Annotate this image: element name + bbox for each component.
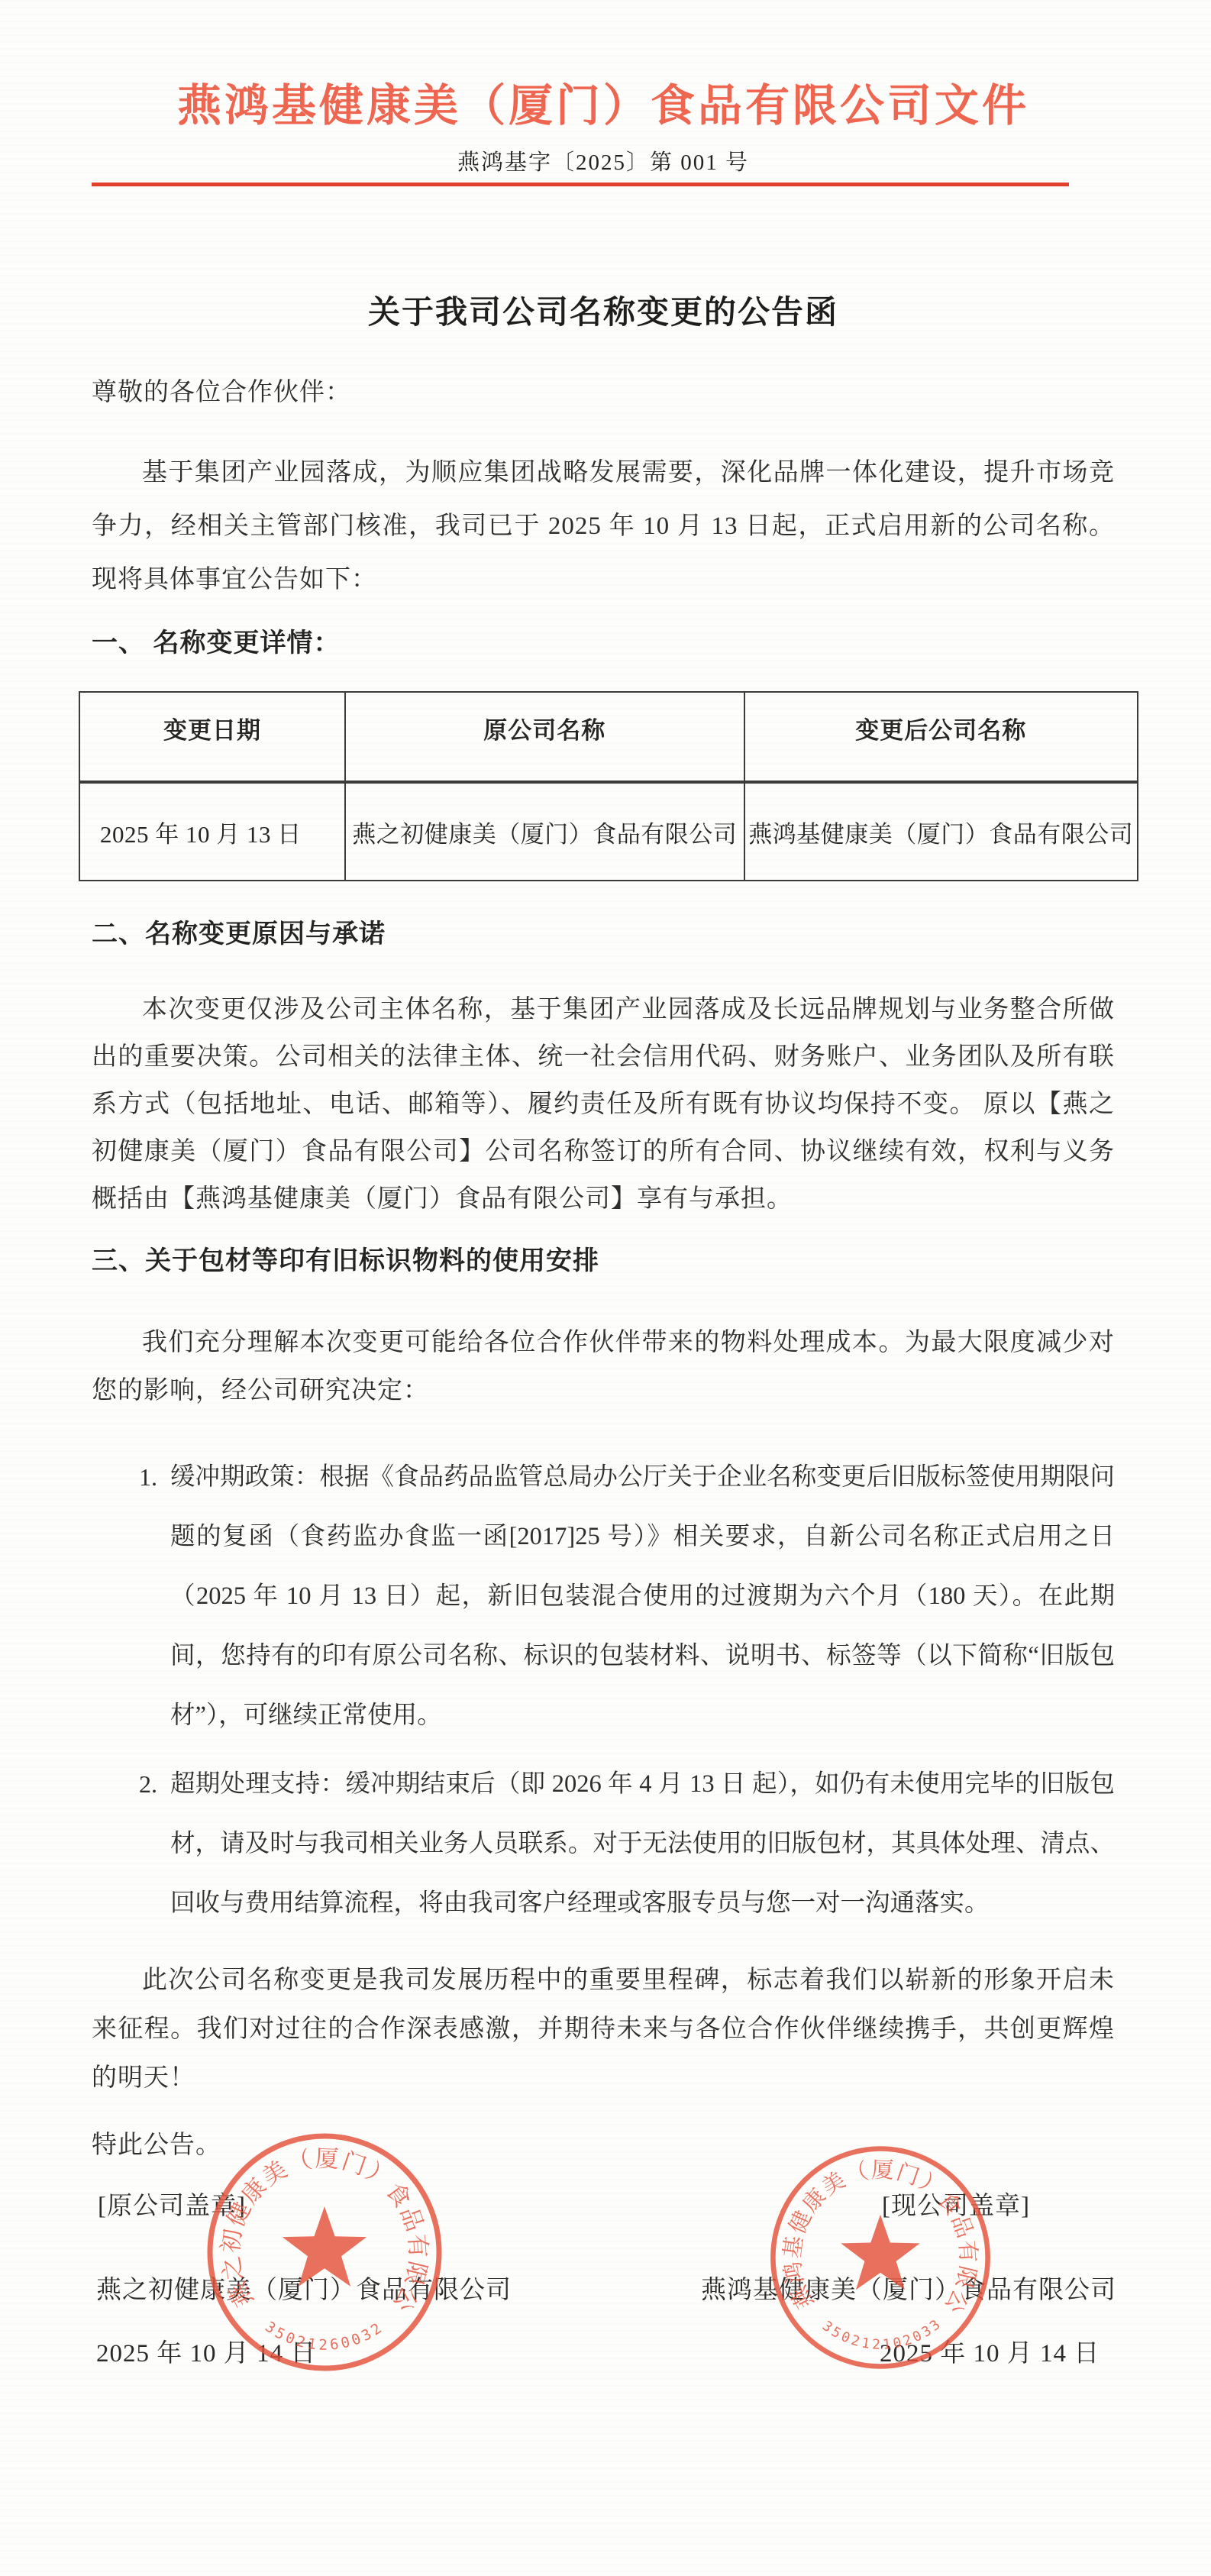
document-page: 燕鸿基健康美（厦门）食品有限公司文件 燕鸿基字〔2025〕第 001 号 关于我… — [0, 0, 1211, 2576]
letterhead: 燕鸿基健康美（厦门）食品有限公司文件 燕鸿基字〔2025〕第 001 号 — [92, 79, 1115, 186]
table-header-change-date: 变更日期 — [79, 692, 345, 782]
document-title: 关于我司公司名称变更的公告函 — [92, 293, 1115, 331]
list-item: 2. 超期处理支持：缓冲期结束后（即 2026 年 4 月 13 日 起），如仍… — [139, 1754, 1115, 1933]
table-row: 2025 年 10 月 13 日 燕之初健康美（厦门）食品有限公司 燕鸿基健康美… — [79, 782, 1138, 881]
salutation: 尊敬的各位合作伙伴： — [92, 377, 1115, 408]
letterhead-company-title: 燕鸿基健康美（厦门）食品有限公司文件 — [92, 79, 1115, 133]
section3-intro-paragraph: 我们充分理解本次变更可能给各位合作伙伴带来的物料处理成本。为最大限度减少对您的影… — [92, 1319, 1115, 1415]
intro-paragraph: 基于集团产业园落成，为顺应集团战略发展需要，深化品牌一体化建设，提升市场竞争力，… — [92, 446, 1115, 606]
table-header-new-name: 变更后公司名称 — [744, 692, 1138, 782]
new-company-sign-date: 2025 年 10 月 14 日 — [880, 2333, 1100, 2369]
list-item-number: 1. — [139, 1447, 170, 1745]
table-header-row: 变更日期 原公司名称 变更后公司名称 — [79, 692, 1138, 782]
list-item-number: 2. — [139, 1754, 170, 1933]
old-company-sign-date: 2025 年 10 月 14 日 — [96, 2333, 316, 2369]
signature-area: [原公司盖章] [现公司盖章] 燕之初健康美（厦门）食品有限公司 燕鸿基健康美（… — [92, 2138, 1115, 2566]
cell-new-company-name: 燕鸿基健康美（厦门）食品有限公司 — [744, 782, 1138, 881]
table-header-old-name: 原公司名称 — [345, 692, 744, 782]
old-company-name: 燕之初健康美（厦门）食品有限公司 — [96, 2270, 512, 2306]
list-item-text: 超期处理支持：缓冲期结束后（即 2026 年 4 月 13 日 起），如仍有未使… — [170, 1754, 1115, 1933]
section3-heading: 三、关于包材等印有旧标识物料的使用安排 — [92, 1246, 1115, 1276]
arrangement-list: 1. 缓冲期政策：根据《食品药品监管总局办公厅关于企业名称变更后旧版标签使用期限… — [139, 1447, 1115, 1933]
section2-heading: 二、名称变更原因与承诺 — [92, 919, 1115, 949]
old-company-seal-label: [原公司盖章] — [98, 2186, 246, 2222]
name-change-table: 变更日期 原公司名称 变更后公司名称 2025 年 10 月 13 日 燕之初健… — [79, 691, 1138, 881]
cell-old-company-name: 燕之初健康美（厦门）食品有限公司 — [345, 782, 744, 881]
section1-heading: 一、 名称变更详情： — [92, 628, 1115, 658]
list-item-text: 缓冲期政策：根据《食品药品监管总局办公厅关于企业名称变更后旧版标签使用期限问题的… — [170, 1447, 1115, 1745]
section2-paragraph: 本次变更仅涉及公司主体名称，基于集团产业园落成及长远品牌规划与业务整合所做出的重… — [92, 986, 1115, 1223]
new-company-name: 燕鸿基健康美（厦门）食品有限公司 — [701, 2270, 1116, 2306]
closing-paragraph: 此次公司名称变更是我司发展历程中的重要里程碑，标志着我们以崭新的形象开启未来征程… — [92, 1956, 1115, 2102]
letterhead-divider — [92, 183, 1069, 186]
list-item: 1. 缓冲期政策：根据《食品药品监管总局办公厅关于企业名称变更后旧版标签使用期限… — [139, 1447, 1115, 1745]
cell-change-date: 2025 年 10 月 13 日 — [79, 782, 345, 881]
doc-number: 燕鸿基字〔2025〕第 001 号 — [92, 145, 1115, 176]
new-company-seal-label: [现公司盖章] — [882, 2186, 1030, 2222]
